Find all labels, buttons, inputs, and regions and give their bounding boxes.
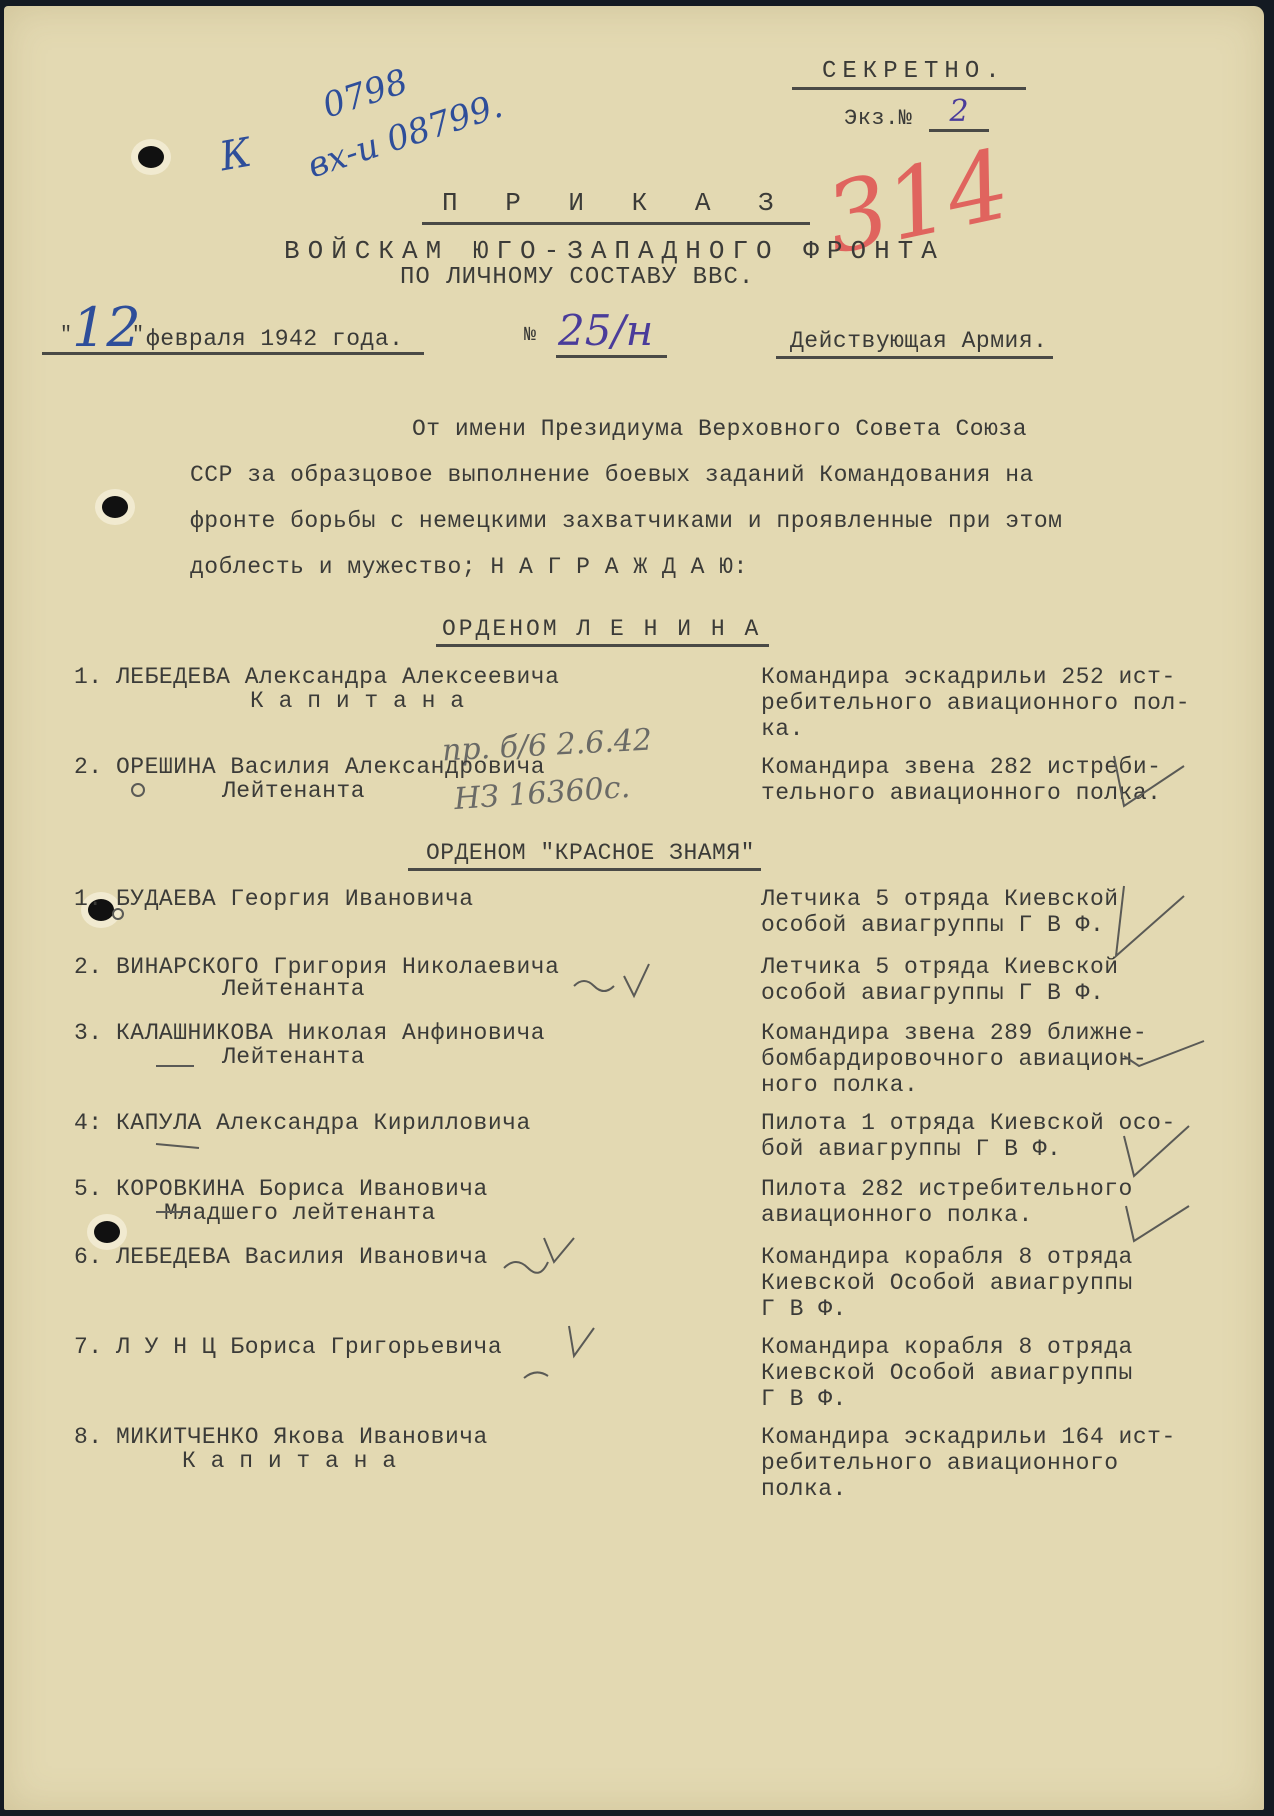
pencil-check-marks-icon <box>4 6 1264 1810</box>
document-page: 0798 вх-и 08799. К СЕКРЕТНО. Экз.№ 2 314… <box>4 6 1264 1810</box>
